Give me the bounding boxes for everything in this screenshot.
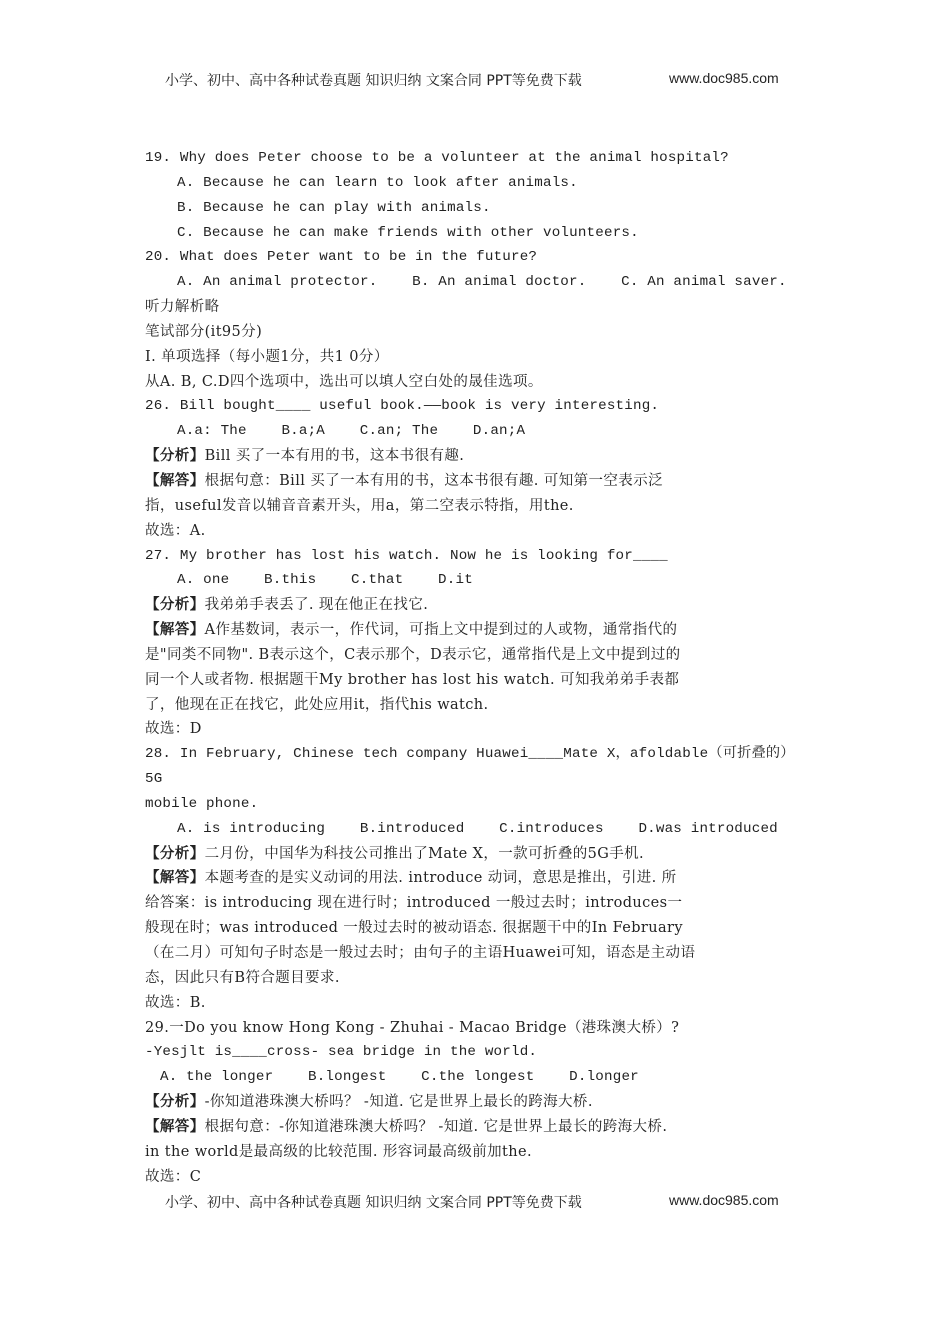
answer-label: 【解答】 (145, 622, 205, 638)
answer-text: A作基数词，表示一，作代词，可指上文中提到过的人或物，通常指代的 (205, 622, 678, 638)
listening-note: 听力解析略 (145, 295, 815, 320)
option: D.longer (569, 1065, 639, 1090)
page-header: 小学、初中、高中各种试卷真题 知识归纳 文案合同 PPT等免费下载 www.do… (165, 70, 805, 90)
question-19: 19. Why does Peter choose to be a volunt… (145, 146, 815, 171)
option: B.this (264, 568, 316, 593)
answer: 【解答】根据句意：Bill 买了一本有用的书，这本书很有趣. 可知第一空表示泛 (145, 469, 815, 494)
analysis-label: 【分析】 (145, 597, 205, 613)
analysis-label: 【分析】 (145, 846, 205, 862)
option: C. Because he can make friends with othe… (145, 221, 815, 246)
option: A. the longer (160, 1065, 273, 1090)
options-row: A. An animal protector. B. An animal doc… (145, 270, 815, 295)
question-29: 29.一Do you know Hong Kong - Zhuhai - Mac… (145, 1016, 815, 1041)
option: B.introduced (360, 817, 465, 842)
analysis: 【分析】我弟弟手表丢了. 现在他正在找它. (145, 593, 815, 618)
answer-text: 根据句意：Bill 买了一本有用的书，这本书很有趣. 可知第一空表示泛 (205, 473, 663, 489)
option: B. An animal doctor. (412, 270, 586, 295)
option: C.introduces (499, 817, 604, 842)
answer-label: 【解答】 (145, 473, 205, 489)
question-20: 20. What does Peter want to be in the fu… (145, 245, 815, 270)
answer-label: 【解答】 (145, 870, 205, 886)
section-instruction: 从A. B, C.D四个选项中，选出可以填人空白处的晟佳选项。 (145, 370, 815, 395)
option: A.a: The (177, 419, 247, 444)
question-28-continued: 5G (145, 767, 815, 792)
answer-choice: 故选：D (145, 717, 815, 742)
option: A. An animal protector. (177, 270, 377, 295)
analysis-label: 【分析】 (145, 1094, 205, 1110)
document-body: 19. Why does Peter choose to be a volunt… (145, 146, 815, 1189)
answer-continued: 是"同类不同物". B表示这个，C表示那个，D表示它，通常指代是上文中提到过的 (145, 643, 815, 668)
question-27: 27. My brother has lost his watch. Now h… (145, 544, 815, 569)
footer-text: 小学、初中、高中各种试卷真题 知识归纳 文案合同 PPT等免费下载 (165, 1195, 582, 1211)
header-text: 小学、初中、高中各种试卷真题 知识归纳 文案合同 PPT等免费下载 (165, 73, 582, 89)
options-row: A. is introducing B.introduced C.introdu… (145, 817, 815, 842)
option: A. Because he can learn to look after an… (145, 171, 815, 196)
answer-label: 【解答】 (145, 1119, 205, 1135)
question-28: 28. In February, Chinese tech company Hu… (145, 742, 815, 767)
options-row: A. one B.this C.that D.it (145, 568, 815, 593)
answer-text: 本题考查的是实义动词的用法. introduce 动词，意思是推出，引进. 所 (205, 870, 677, 886)
analysis-label: 【分析】 (145, 448, 205, 464)
question-26: 26. Bill bought____ useful book.——book i… (145, 394, 815, 419)
options-row: A.a: The B.a;A C.an; The D.an;A (145, 419, 815, 444)
option: B. Because he can play with animals. (145, 196, 815, 221)
analysis-text: -你知道港珠澳大桥吗？ -知道. 它是世界上最长的跨海大桥. (205, 1094, 593, 1110)
option: C. An animal saver. (621, 270, 787, 295)
answer-text: 根据句意：-你知道港珠澳大桥吗？ -知道. 它是世界上最长的跨海大桥. (205, 1119, 668, 1135)
analysis-text: 我弟弟手表丢了. 现在他正在找它. (205, 597, 429, 613)
analysis: 【分析】二月份，中国华为科技公司推出了Mate X，一款可折叠的5G手机. (145, 842, 815, 867)
answer: 【解答】A作基数词，表示一，作代词，可指上文中提到过的人或物，通常指代的 (145, 618, 815, 643)
analysis-text: Bill 买了一本有用的书，这本书很有趣. (205, 448, 465, 464)
answer-continued: 了，他现在正在找它，此处应用it，指代his watch. (145, 693, 815, 718)
page-footer: 小学、初中、高中各种试卷真题 知识归纳 文案合同 PPT等免费下载 www.do… (165, 1192, 805, 1212)
footer-url: www.doc985.com (669, 1192, 779, 1208)
answer-continued: 态，因此只有B符合题目要求. (145, 966, 815, 991)
answer-continued: 给答案：is introducing 现在进行时；introduced 一般过去… (145, 891, 815, 916)
option: A. is introducing (177, 817, 325, 842)
answer-continued: （在二月）可知句子时态是一般过去时；由句子的主语Huawei可知，语态是主动语 (145, 941, 815, 966)
header-url: www.doc985.com (669, 70, 779, 86)
answer-choice: 故选：B. (145, 991, 815, 1016)
answer: 【解答】根据句意：-你知道港珠澳大桥吗？ -知道. 它是世界上最长的跨海大桥. (145, 1115, 815, 1140)
option: C.an; The (360, 419, 438, 444)
option: D.it (438, 568, 473, 593)
answer-continued: 般现在时；was introduced 一般过去时的被动语态. 很据题干中的In… (145, 916, 815, 941)
answer-choice: 故选：A. (145, 519, 815, 544)
question-29-continued: -Yesjlt is____cross- sea bridge in the w… (145, 1040, 815, 1065)
answer-continued: 同一个人或者物. 根据题干My brother has lost his wat… (145, 668, 815, 693)
question-28-continued: mobile phone. (145, 792, 815, 817)
option: B.longest (308, 1065, 386, 1090)
answer-choice: 故选：C (145, 1165, 815, 1190)
answer: 【解答】本题考查的是实义动词的用法. introduce 动词，意思是推出，引进… (145, 866, 815, 891)
option: D.an;A (473, 419, 525, 444)
analysis-text: 二月份，中国华为科技公司推出了Mate X，一款可折叠的5G手机. (205, 846, 644, 862)
written-section-title: 笔试部分(it95分) (145, 320, 815, 345)
option: A. one (177, 568, 229, 593)
answer-continued: 指，useful发音以辅音音素开头，用a，第二空表示特指，用the. (145, 494, 815, 519)
option: D.was introduced (638, 817, 777, 842)
section-title: I. 单项选择（每小题1分，共1 0分） (145, 345, 815, 370)
analysis: 【分析】-你知道港珠澳大桥吗？ -知道. 它是世界上最长的跨海大桥. (145, 1090, 815, 1115)
answer-continued: in the world是最高级的比较范围. 形容词最高级前加the. (145, 1140, 815, 1165)
options-row: A. the longer B.longest C.the longest D.… (145, 1065, 815, 1090)
option: C.the longest (421, 1065, 534, 1090)
option: B.a;A (281, 419, 325, 444)
analysis: 【分析】Bill 买了一本有用的书，这本书很有趣. (145, 444, 815, 469)
option: C.that (351, 568, 403, 593)
